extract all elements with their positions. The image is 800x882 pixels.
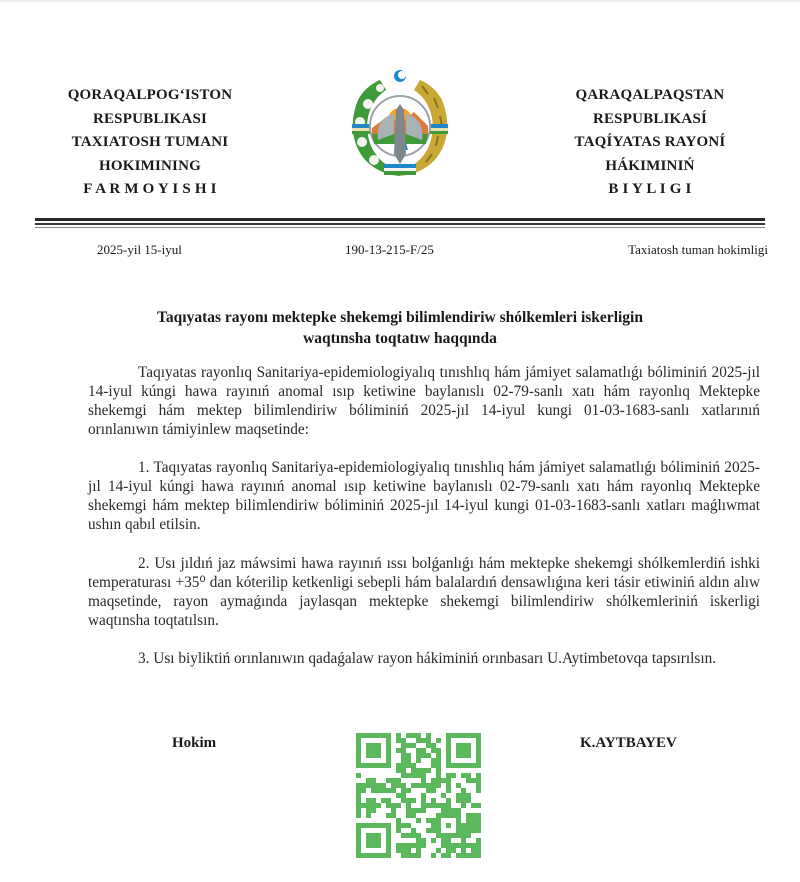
header-divider	[35, 227, 765, 228]
header-divider	[35, 218, 765, 221]
document-date: 2025-yil 15-iyul	[97, 242, 182, 258]
header-left-line: RESPUBLIKASI	[30, 108, 270, 132]
paragraph-text: 2. Usı jıldıń jaz máwsimi hawa rayınıń ı…	[88, 554, 760, 630]
header-right-line: TAQÍYATAS RAYONÍ	[530, 131, 770, 155]
paragraph-text: 3. Usı biyliktiń orınlanıwın qadaǵalaw r…	[88, 649, 760, 668]
title-line: waqtınsha toqtatıw haqqında	[60, 328, 740, 349]
header-divider	[35, 223, 765, 225]
document-number: 190-13-215-F/25	[345, 242, 434, 258]
header-left-line: TAXIATOSH TUMANI	[30, 131, 270, 155]
header-right-line: HÁKIMINIŃ	[530, 155, 770, 179]
header-left-line: HOKIMINING	[30, 155, 270, 179]
signatory-position: Hokim	[172, 735, 216, 752]
header-right-line: RESPUBLIKASÍ	[530, 108, 770, 132]
signatory-name: K.AYTBAYEV	[580, 735, 677, 752]
document-page: QORAQALPOG‘ISTON RESPUBLIKASI TAXIATOSH …	[0, 0, 800, 882]
coat-of-arms-icon	[338, 64, 462, 188]
header-left-uzbek: QORAQALPOG‘ISTON RESPUBLIKASI TAXIATOSH …	[30, 84, 270, 202]
header-right-line: QARAQALPAQSTAN	[530, 84, 770, 108]
document-issuer: Taxiatosh tuman hokimligi	[628, 242, 768, 258]
header-left-line: QORAQALPOG‘ISTON	[30, 84, 270, 108]
clause-3: 3. Usı biyliktiń orınlanıwın qadaǵalaw r…	[88, 649, 760, 668]
clause-1: 1. Taqıyatas rayonlıq Sanitariya-epidemi…	[88, 458, 760, 534]
clause-2: 2. Usı jıldıń jaz máwsimi hawa rayınıń ı…	[88, 554, 760, 630]
preamble-paragraph: Taqıyatas rayonlıq Sanitariya-epidemiolo…	[88, 363, 760, 439]
paragraph-text: 1. Taqıyatas rayonlıq Sanitariya-epidemi…	[88, 458, 760, 534]
document-title: Taqıyatas rayonı mektepke shekemgi bilim…	[60, 307, 740, 349]
header-right-doc-type: B I Y L I G I	[530, 178, 770, 202]
paragraph-text: Taqıyatas rayonlıq Sanitariya-epidemiolo…	[88, 363, 760, 439]
qr-code-icon	[356, 733, 481, 858]
header-right-karakalpak: QARAQALPAQSTAN RESPUBLIKASÍ TAQÍYATAS RA…	[530, 84, 770, 202]
header-left-doc-type: F A R M O Y I S H I	[30, 178, 270, 202]
title-line: Taqıyatas rayonı mektepke shekemgi bilim…	[60, 307, 740, 328]
